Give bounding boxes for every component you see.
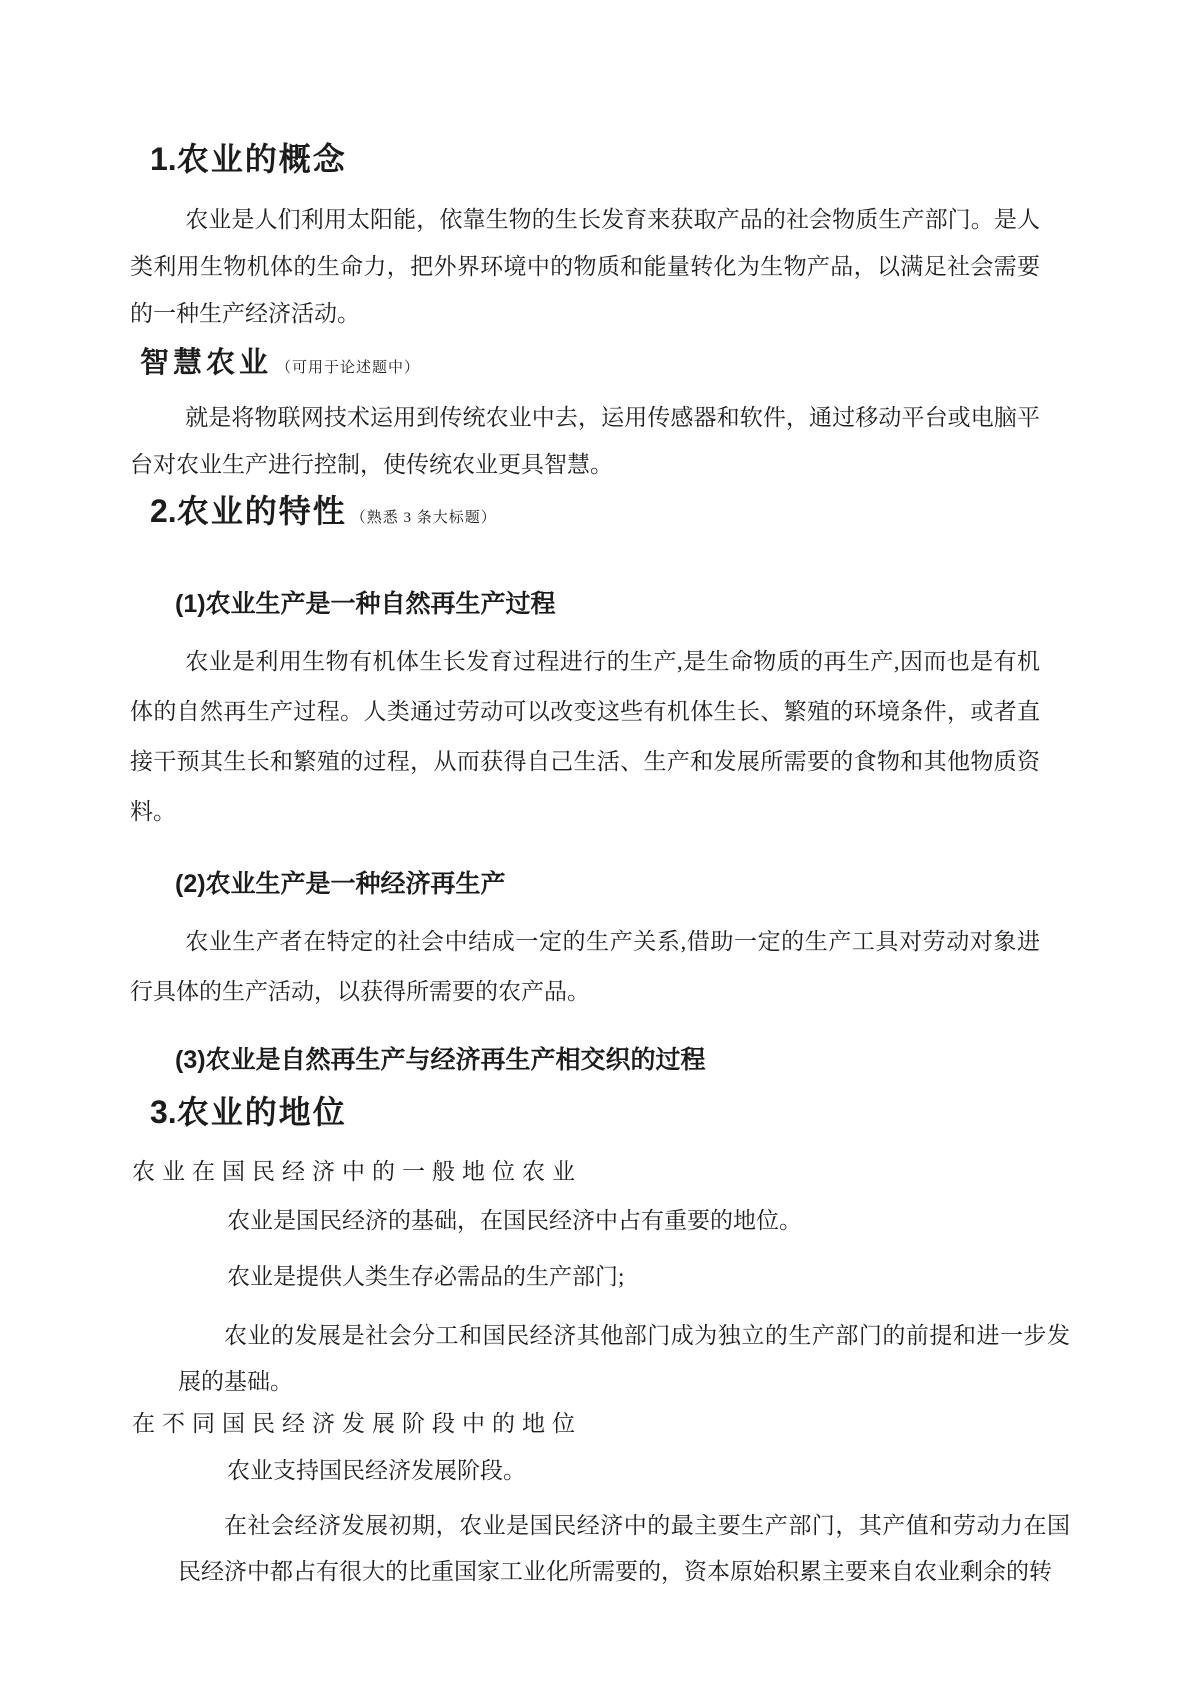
document-content: 1.农业的概念 农业是人们利用太阳能，依靠生物的生长发育来获取产品的社会物质生产… xyxy=(130,0,1040,1595)
paragraph-early-development: 在社会经济发展初期，农业是国民经济中的最主要生产部门，其产值和劳动力在国民经济中… xyxy=(178,1503,1070,1595)
heading-agriculture-characteristics: 2.农业的特性（熟悉 3 条大标题） xyxy=(150,490,1040,539)
label-general-status: 农业在国民经济中的一般地位农业 xyxy=(132,1157,1040,1187)
statement-necessities: 农业是提供人类生存必需品的生产部门; xyxy=(227,1261,1040,1293)
heading-number: 2. xyxy=(150,493,177,529)
heading-agriculture-status: 3.农业的地位 xyxy=(150,1091,1040,1133)
heading-note: （熟悉 3 条大标题） xyxy=(351,510,497,526)
paragraph-smart-agriculture: 就是将物联网技术运用到传统农业中去，运用传感器和软件，通过移动平台或电脑平台对农… xyxy=(130,394,1040,488)
paragraph-economic-reproduction: 农业生产者在特定的社会中结成一定的生产关系,借助一定的生产工具对劳动对象进行具体… xyxy=(130,917,1040,1017)
subheading-economic-reproduction: (2)农业生产是一种经济再生产 xyxy=(175,867,1040,901)
paragraph-concept-definition: 农业是人们利用太阳能，依靠生物的生长发育来获取产品的社会物质生产部门。是人类利用… xyxy=(130,196,1040,337)
heading-number: 3. xyxy=(150,1094,177,1130)
heading-title: 农业的概念 xyxy=(177,141,347,177)
heading-note: （可用于论述题中） xyxy=(276,360,420,376)
subheading-interwoven-process: (3)农业是自然再生产与经济再生产相交织的过程 xyxy=(175,1043,1040,1077)
heading-smart-agriculture: 智慧农业（可用于论述题中） xyxy=(140,343,1040,388)
heading-number: 1. xyxy=(150,141,177,177)
heading-agriculture-concept: 1.农业的概念 xyxy=(150,138,1040,180)
heading-title: 智慧农业 xyxy=(140,347,272,379)
heading-title: 农业的地位 xyxy=(177,1094,347,1130)
subheading-natural-reproduction: (1)农业生产是一种自然再生产过程 xyxy=(175,587,1040,621)
statement-division-of-labor: 农业的发展是社会分工和国民经济其他部门成为独立的生产部门的前提和进一步发展的基础… xyxy=(178,1313,1070,1405)
heading-title: 农业的特性 xyxy=(177,493,347,529)
label-development-stages: 在不同国民经济发展阶段中的地位 xyxy=(132,1409,1040,1439)
statement-support-stage: 农业支持国民经济发展阶段。 xyxy=(227,1455,1040,1487)
statement-foundation: 农业是国民经济的基础，在国民经济中占有重要的地位。 xyxy=(227,1205,1040,1237)
document-page: 1.农业的概念 农业是人们利用太阳能，依靠生物的生长发育来获取产品的社会物质生产… xyxy=(0,0,1190,1683)
paragraph-natural-reproduction: 农业是利用生物有机体生长发育过程进行的生产,是生命物质的再生产,因而也是有机体的… xyxy=(130,637,1040,837)
